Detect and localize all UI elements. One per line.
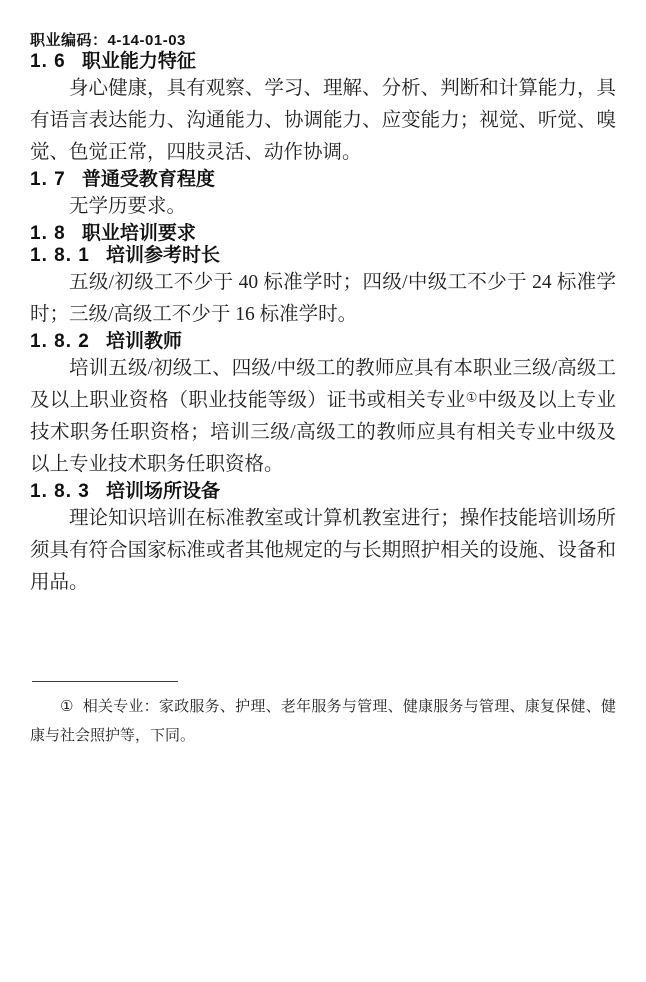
- section-title-1-8-2: 培训教师: [106, 331, 182, 352]
- section-number-1-8-3: 1. 8. 3: [30, 481, 90, 502]
- section-title-1-8-3: 培训场所设备: [106, 481, 220, 502]
- section-number-1-8-2: 1. 8. 2: [30, 331, 90, 352]
- section-title-1-7: 普通受教育程度: [82, 169, 215, 190]
- footnote-reference-mark: ①: [466, 389, 478, 404]
- section-title-1-8-1: 培训参考时长: [106, 245, 220, 266]
- section-number-1-7: 1. 7: [30, 169, 66, 190]
- section-number-1-8: 1. 8: [30, 223, 66, 244]
- paragraph-education-requirement: 无学历要求。: [30, 191, 616, 223]
- footnote-separator-rule: [32, 681, 178, 682]
- section-number-1-6: 1. 6: [30, 51, 66, 72]
- section-heading-1-8: 1. 8职业培训要求: [30, 223, 616, 245]
- paragraph-ability-traits: 身心健康，具有观察、学习、理解、分析、判断和计算能力，具有语言表达能力、沟通能力…: [30, 73, 616, 169]
- section-heading-1-7: 1. 7普通受教育程度: [30, 169, 616, 191]
- document-page: 职业编码：4-14-01-03 1. 6职业能力特征 身心健康，具有观察、学习、…: [0, 0, 646, 982]
- occupation-code: 职业编码：4-14-01-03: [30, 31, 616, 51]
- footnote-text: 相关专业：家政服务、护理、老年服务与管理、健康服务与管理、康复保健、健康与社会照…: [30, 699, 616, 744]
- section-title-1-8: 职业培训要求: [82, 223, 196, 244]
- section-number-1-8-1: 1. 8. 1: [30, 245, 90, 266]
- section-title-1-6: 职业能力特征: [82, 51, 196, 72]
- footnote: ①相关专业：家政服务、护理、老年服务与管理、健康服务与管理、康复保健、健康与社会…: [30, 693, 616, 751]
- paragraph-training-hours: 五级/初级工不少于 40 标准学时；四级/中级工不少于 24 标准学时；三级/高…: [30, 267, 616, 331]
- section-heading-1-6: 1. 6职业能力特征: [30, 51, 616, 73]
- section-heading-1-8-2: 1. 8. 2培训教师: [30, 331, 616, 353]
- paragraph-training-facilities: 理论知识培训在标准教室或计算机教室进行；操作技能培训场所须具有符合国家标准或者其…: [30, 503, 616, 599]
- paragraph-trainers: 培训五级/初级工、四级/中级工的教师应具有本职业三级/高级工及以上职业资格（职业…: [30, 353, 616, 481]
- section-heading-1-8-3: 1. 8. 3培训场所设备: [30, 481, 616, 503]
- section-heading-1-8-1: 1. 8. 1培训参考时长: [30, 245, 616, 267]
- footnote-marker: ①: [60, 699, 74, 715]
